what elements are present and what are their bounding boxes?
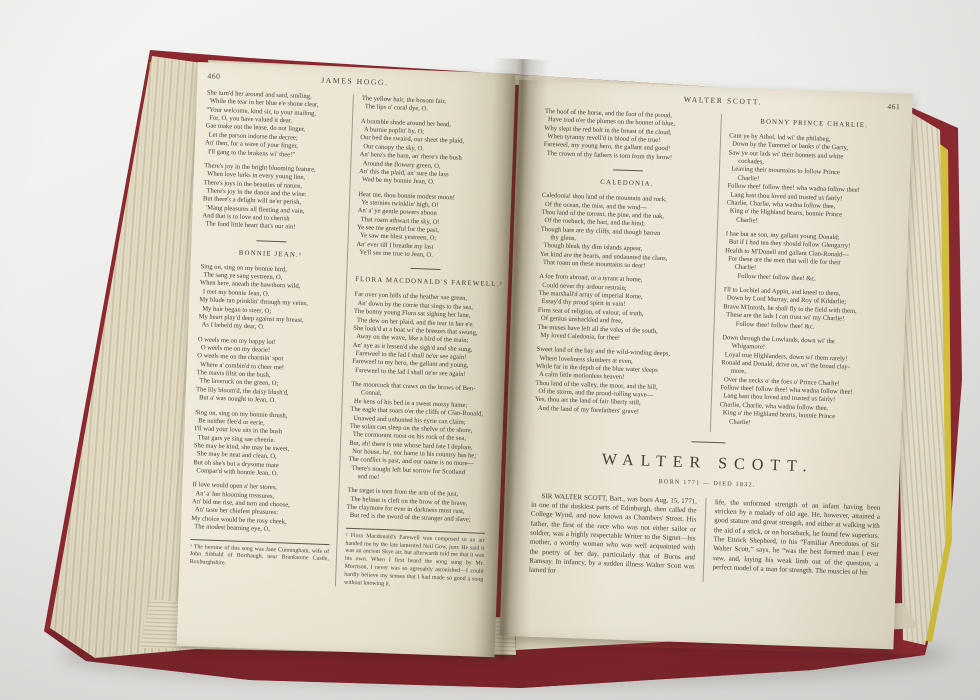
- footnote-block: ¹ The heroine of this song was Jane Cunn…: [189, 539, 329, 572]
- left-col-2: The yellow hair, the bosom fair, The lip…: [335, 95, 502, 592]
- biography-col-2: life, the unformed strength of an infant…: [702, 498, 881, 588]
- walter-scott-section: WALTER SCOTT. BORN 1771 — DIED 1832. SIR…: [529, 436, 889, 588]
- poem-stanza: The hoof of the horse, and the foot of t…: [543, 108, 714, 164]
- right-page: WALTER SCOTT. 461 The hoof of the horse,…: [500, 80, 913, 649]
- right-page-header: WALTER SCOTT. 461: [545, 90, 900, 111]
- poem-stanza: The target is torn from the arm of the j…: [346, 487, 486, 526]
- left-page: 460 JAMES HOGG. She turn'd her around an…: [177, 62, 516, 657]
- poem-stanza: Hear me, thou bonnie modest moon! Ye ste…: [356, 191, 497, 263]
- footnote-block: ² Flora Macdonald's Farewell was compose…: [344, 528, 485, 593]
- poem-title-caledonia: CALEDONIA.: [542, 177, 711, 190]
- poem-separator-rule: [612, 169, 642, 171]
- book-photo: 460 JAMES HOGG. She turn'd her around an…: [0, 0, 980, 700]
- biography-col-1: SIR WALTER SCOTT, Bart., was born Aug. 1…: [529, 492, 705, 582]
- poem-stanza: She turn'd her around and said, smiling,…: [205, 89, 346, 161]
- left-page-columns: She turn'd her around and said, smiling,…: [189, 89, 502, 592]
- poem-stanza: Sing on, sing on my bonnie bird, The san…: [198, 263, 339, 335]
- poem-stanza: Far over yon hills of the heather sae gr…: [352, 291, 494, 380]
- poem-separator-rule: [256, 240, 286, 242]
- poem-stanza: Cam ye by Athol, lad wi' the philabeg, D…: [726, 132, 898, 230]
- section-title: WALTER SCOTT.: [533, 449, 883, 479]
- poem-stanza: Down through the Lowlands, down wi' the …: [719, 334, 891, 432]
- left-running-head: JAMES HOGG.: [249, 73, 460, 90]
- right-col-1: The hoof of the horse, and the foot of t…: [534, 108, 721, 432]
- poem-stanza: The moorcock that craws on the brows of …: [348, 381, 491, 486]
- right-page-columns: The hoof of the horse, and the foot of t…: [534, 108, 900, 438]
- poem-stanza: I hae but ae son, my gallant young Donal…: [724, 230, 895, 286]
- poem-stanza: Sing on, sing on my bonnie thrush, Be ne…: [193, 409, 334, 481]
- poem-title-bonnie-jean: BONNIE JEAN.¹: [201, 248, 340, 260]
- header-spacer: [460, 88, 502, 90]
- right-page-number: 461: [858, 101, 900, 111]
- poem-stanza: The yellow hair, the bosom fair, The lip…: [361, 95, 501, 117]
- poem-stanza: There's joy in the bright blooming featu…: [202, 162, 343, 234]
- left-col-1: She turn'd her around and said, smiling,…: [189, 89, 353, 586]
- poem-title-flora-macdonalds-farewell: FLORA MACDONALD'S FAREWELL.²: [355, 276, 494, 288]
- biography-columns: SIR WALTER SCOTT, Bart., was born Aug. 1…: [529, 492, 882, 588]
- poem-separator-rule: [410, 268, 440, 270]
- left-page-header: 460 JAMES HOGG.: [207, 71, 502, 91]
- poem-stanza: A foe from abroad, or a tyrant at home, …: [537, 273, 708, 346]
- poem-title-bonny-prince-charlie: BONNY PRINCE CHARLIE.: [730, 117, 899, 130]
- poem-stanza: If love would open a' her stores, An' a'…: [191, 481, 332, 536]
- poem-stanza: Caledonia! thou land of the mountain and…: [539, 192, 711, 273]
- poem-stanza: O weels me on my happy lot! O weels me o…: [196, 336, 337, 408]
- right-running-head: WALTER SCOTT.: [587, 91, 858, 109]
- poem-stanza: Sweet land of the bay and the wild-windi…: [534, 346, 705, 419]
- header-spacer: [545, 97, 587, 98]
- footnote-2: ² Flora Macdonald's Farewell was compose…: [344, 533, 485, 593]
- poem-stanza: A bramble shade around her head, A burni…: [359, 118, 500, 190]
- poem-stanza: I'll to Lochiel and Appin, and kneel to …: [722, 286, 892, 334]
- footnote-1: ¹ The heroine of this song was Jane Cunn…: [189, 544, 329, 572]
- section-separator-rule: [691, 441, 725, 443]
- left-page-number: 460: [207, 71, 249, 82]
- right-col-2: BONNY PRINCE CHARLIE. Cam ye by Athol, l…: [710, 114, 900, 438]
